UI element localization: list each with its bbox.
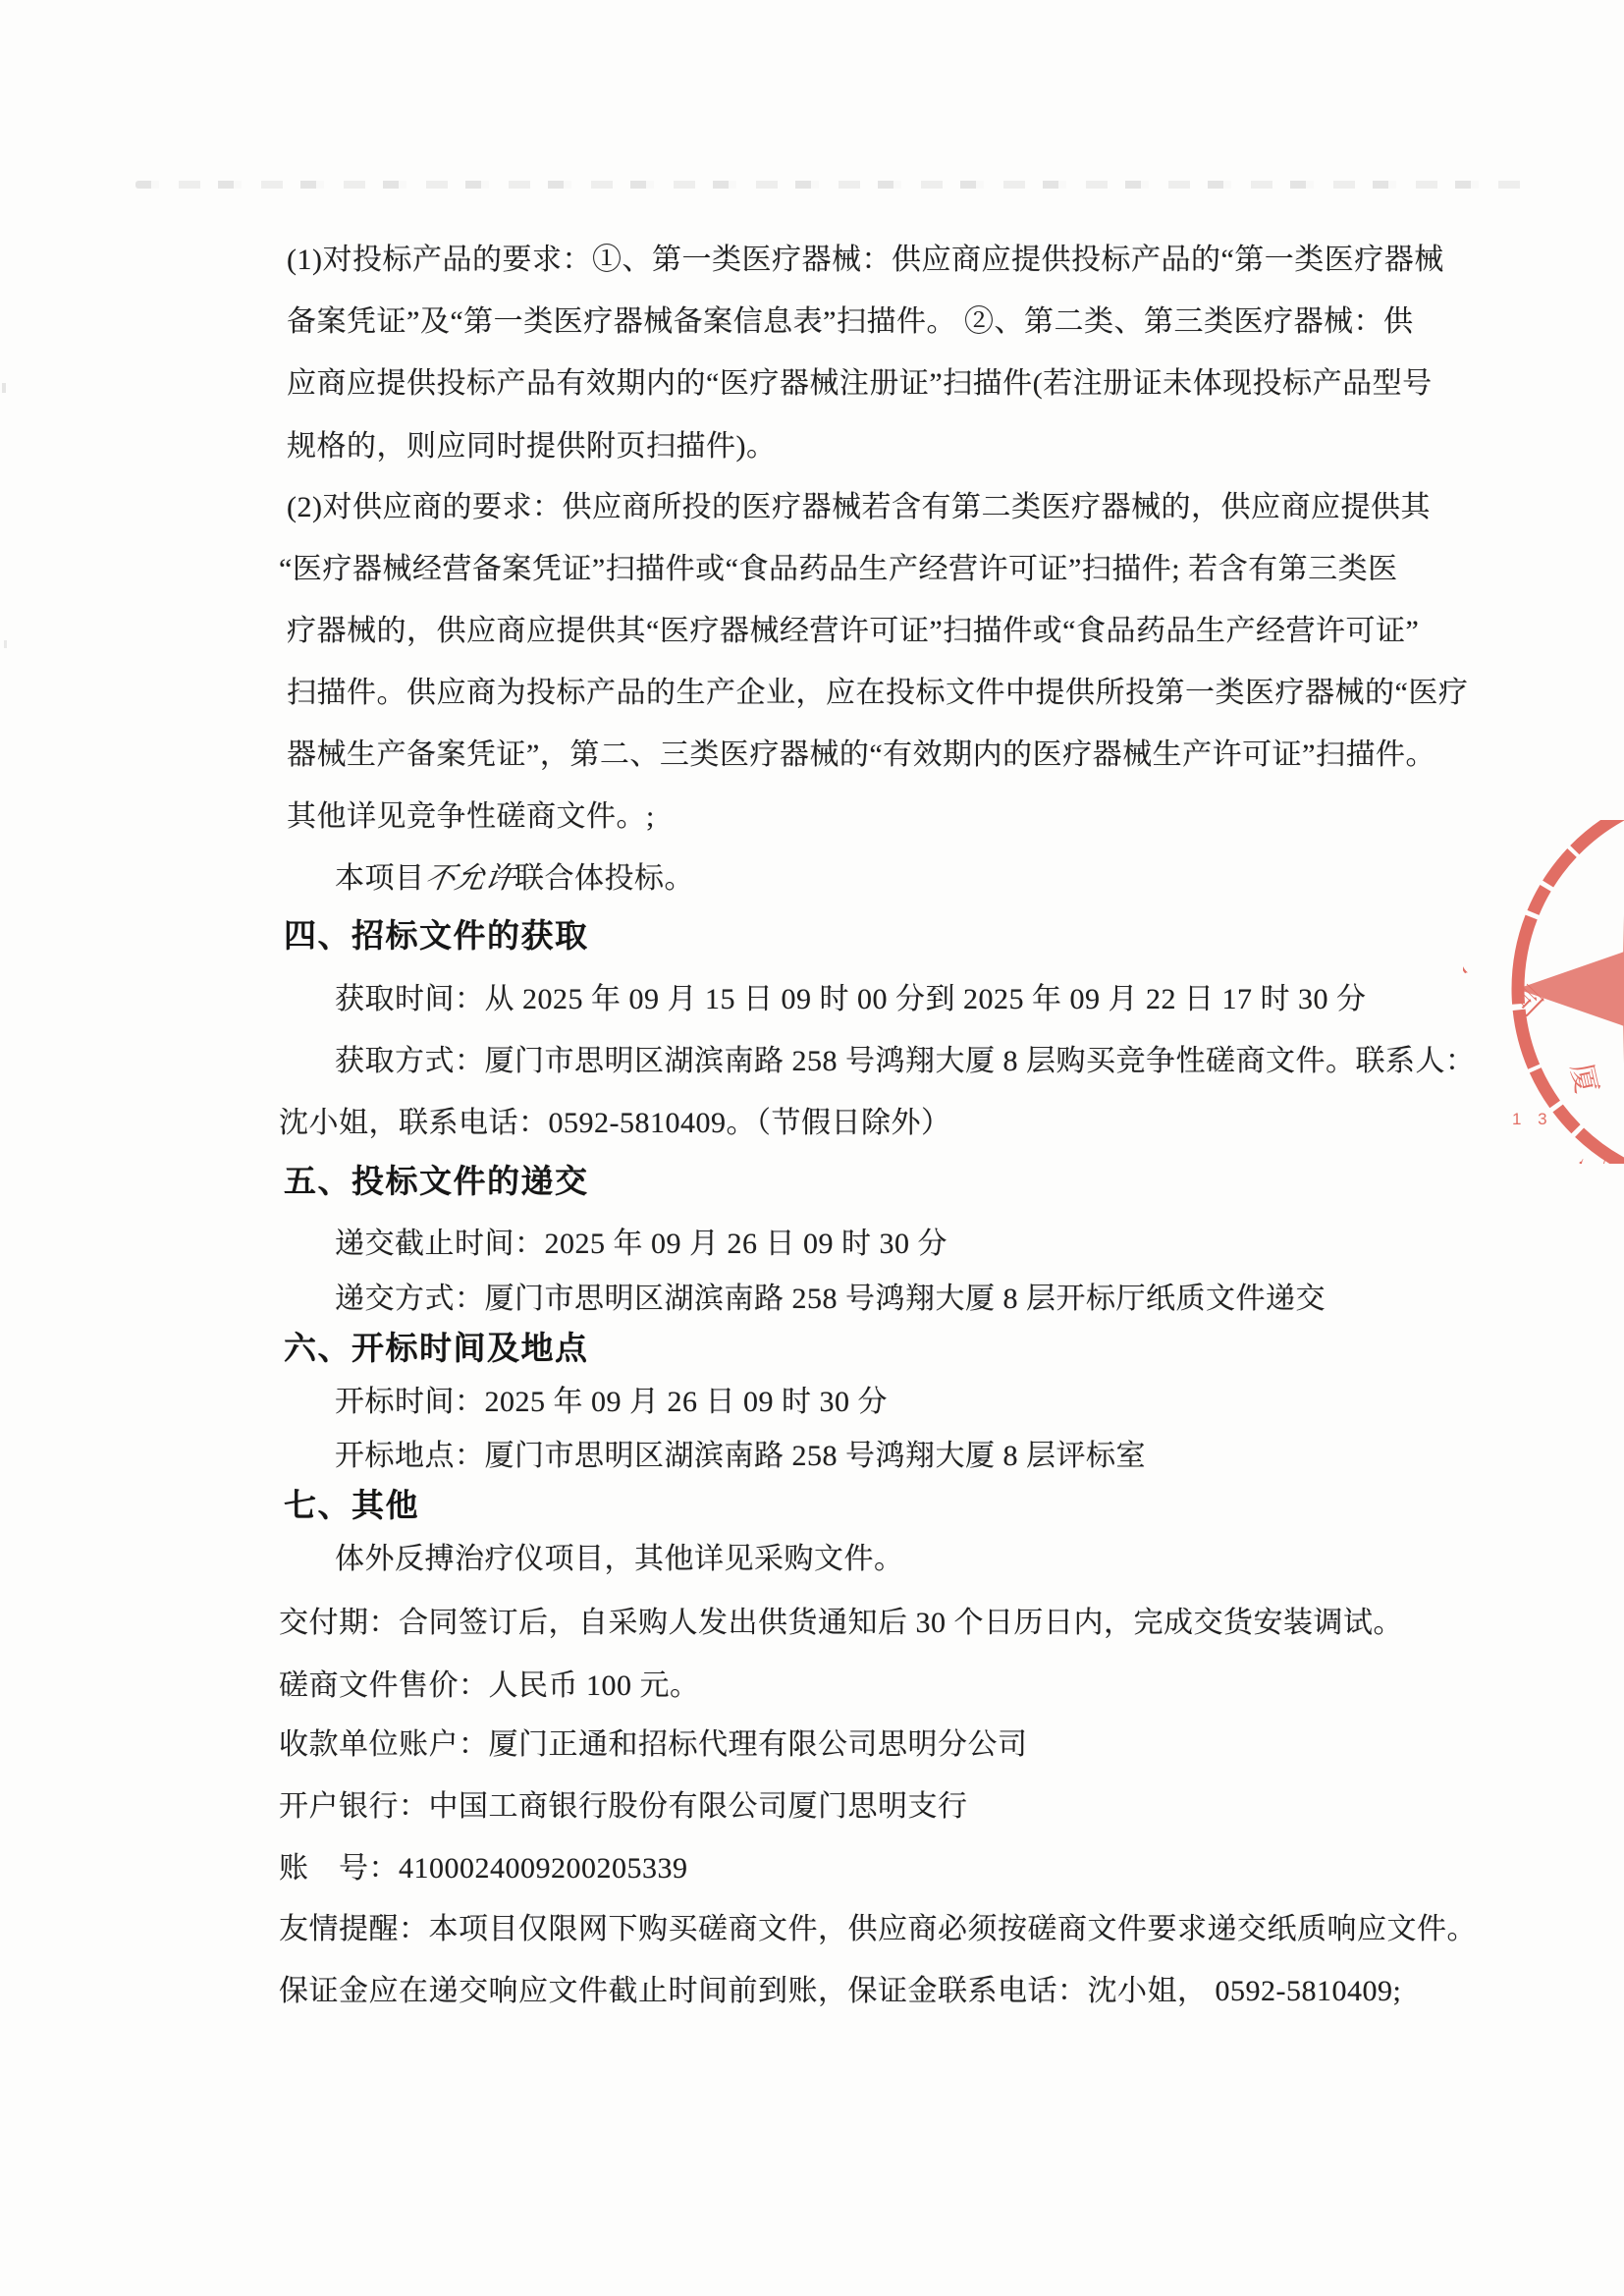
paragraph-line: 应商应提供投标产品有效期内的“医疗器械注册证”扫描件(若注册证未体现投标产品型号	[287, 369, 1433, 399]
submit-method-line: 递交方式：厦门市思明区湖滨南路 258 号鸿翔大厦 8 层开标厅纸质文件递交	[335, 1285, 1326, 1314]
bank-line: 开户银行：中国工商银行股份有限公司厦门思明支行	[279, 1792, 968, 1822]
obtain-time-line: 获取时间：从 2025 年 09 月 15 日 09 时 00 分到 2025 …	[335, 985, 1367, 1014]
project-note-line: 体外反搏治疗仪项目，其他详见采购文件。	[335, 1545, 904, 1574]
section-heading-bid-opening: 六、开标时间及地点	[284, 1332, 589, 1364]
seal-digits: 1 3	[1512, 1110, 1553, 1128]
paragraph-line: 规格的，则应同时提供附页扫描件)。	[287, 432, 777, 462]
document-price-line: 磋商文件售价：人民币 100 元。	[279, 1671, 700, 1701]
seal-graphic: 厦门正通和招标代理有限公司 1 3	[1463, 820, 1624, 1164]
no-joint-bid-emphasis: 不允许	[422, 864, 516, 894]
friendly-reminder-line: 友情提醒：本项目仅限网下购买磋商文件，供应商必须按磋商文件要求递交纸质响应文件。	[279, 1915, 1477, 1944]
paragraph-line: 疗器械的，供应商应提供其“医疗器械经营许可证”扫描件或“食品药品生产经营许可证”	[287, 617, 1419, 646]
account-number-line: 账 号：4100024009200205339	[279, 1854, 688, 1884]
no-joint-bid-suffix: 联合体投标。	[514, 862, 694, 895]
no-joint-bid-prefix: 本项目	[335, 862, 425, 895]
section-heading-others: 七、其他	[284, 1489, 419, 1521]
scan-speck	[2, 383, 6, 393]
section-heading-obtain-documents: 四、招标文件的获取	[284, 919, 589, 952]
obtain-method-line: 获取方式：厦门市思明区湖滨南路 258 号鸿翔大厦 8 层购买竞争性磋商文件。联…	[335, 1047, 1476, 1076]
no-joint-bid-line: 本项目不允许联合体投标。	[335, 864, 694, 894]
section-heading-submit-documents: 五、投标文件的递交	[284, 1165, 589, 1197]
opening-place-line: 开标地点：厦门市思明区湖滨南路 258 号鸿翔大厦 8 层评标室	[335, 1442, 1146, 1471]
opening-time-line: 开标时间：2025 年 09 月 26 日 09 时 30 分	[335, 1388, 888, 1417]
deposit-note-line: 保证金应在递交响应文件截止时间前到账，保证金联系电话：沈小姐， 0592-581…	[279, 1977, 1401, 2006]
paragraph-line: 扫描件。供应商为投标产品的生产企业，应在投标文件中提供所投第一类医疗器械的“医疗	[287, 679, 1468, 708]
scan-speck	[4, 640, 7, 648]
contact-line: 沈小姐，联系电话：0592-5810409。（节假日除外）	[279, 1109, 951, 1138]
paragraph-line: 其他详见竞争性磋商文件。;	[287, 802, 655, 832]
paragraph-line: “医疗器械经营备案凭证”扫描件或“食品药品生产经营许可证”扫描件; 若含有第三类…	[279, 555, 1398, 584]
paragraph-line: (1)对投标产品的要求：①、第一类医疗器械：供应商应提供投标产品的“第一类医疗器…	[287, 246, 1444, 275]
document-page: (1)对投标产品的要求：①、第一类医疗器械：供应商应提供投标产品的“第一类医疗器…	[0, 0, 1624, 2296]
payee-account-line: 收款单位账户：厦门正通和招标代理有限公司思明分公司	[279, 1730, 1028, 1760]
paragraph-line: (2)对供应商的要求：供应商所投的医疗器械若含有第二类医疗器械的，供应商应提供其	[287, 493, 1431, 522]
official-seal-stamp: 厦门正通和招标代理有限公司 1 3	[1463, 820, 1624, 1164]
paragraph-line: 备案凭证”及“第一类医疗器械备案信息表”扫描件。 ②、第二类、第三类医疗器械：供	[287, 307, 1413, 337]
scan-artifact-band	[135, 181, 1534, 189]
paragraph-line: 器械生产备案凭证”，第二、三类医疗器械的“有效期内的医疗器械生产许可证”扫描件。	[287, 740, 1435, 770]
delivery-term-line: 交付期：合同签订后，自采购人发出供货通知后 30 个日历日内，完成交货安装调试。	[279, 1609, 1403, 1638]
submit-deadline-line: 递交截止时间：2025 年 09 月 26 日 09 时 30 分	[335, 1230, 947, 1259]
